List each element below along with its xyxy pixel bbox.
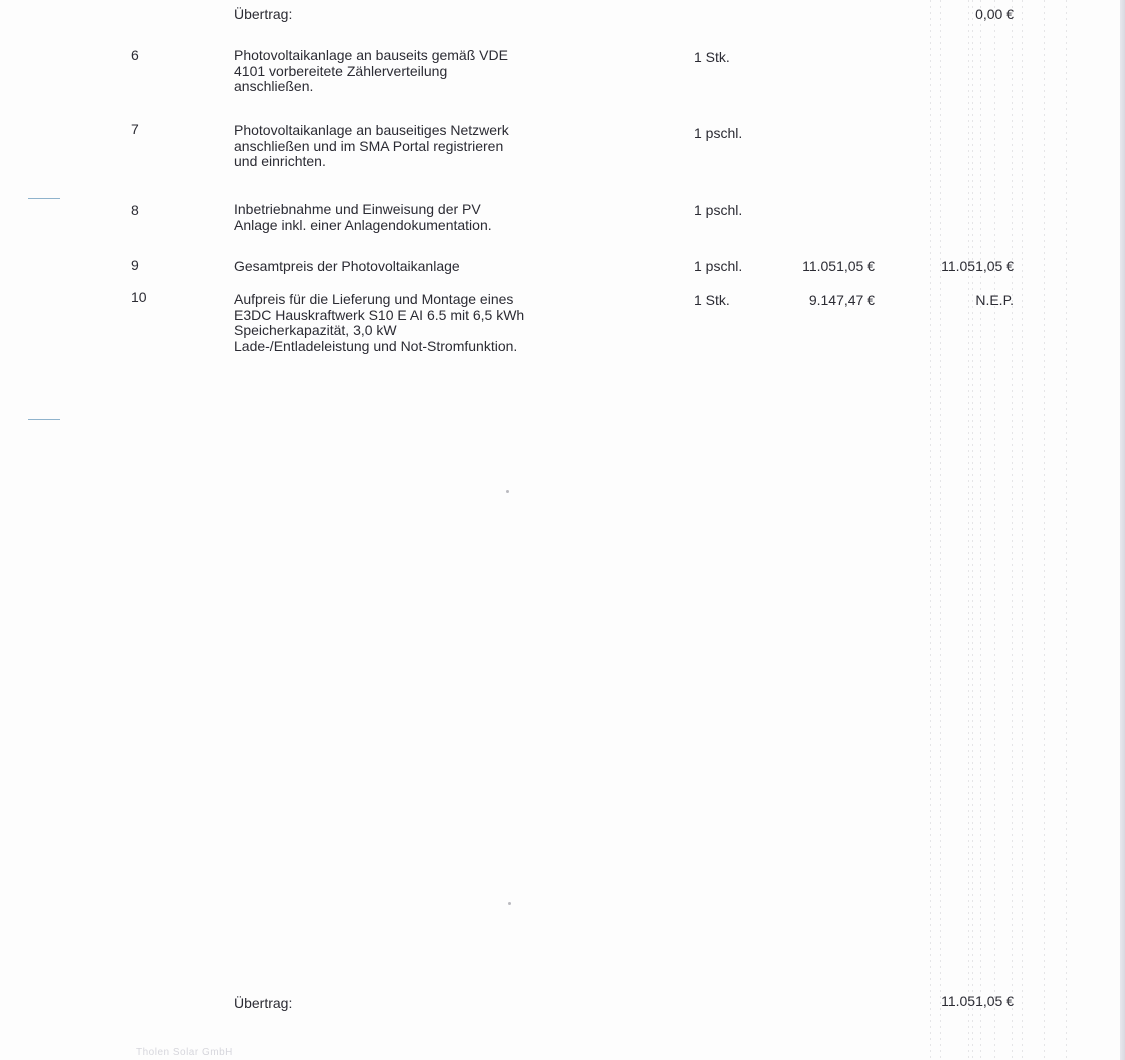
item-position: 9	[131, 258, 139, 274]
scan-streak	[968, 0, 969, 1060]
scan-streak	[972, 0, 973, 1060]
item-unit-price: 9.147,47 €	[809, 293, 875, 309]
scan-streak	[1066, 0, 1067, 1060]
item-description: Inbetriebnahme und Einweisung der PV Anl…	[234, 202, 492, 233]
item-quantity: 1 pschl.	[694, 126, 742, 142]
item-quantity: 1 Stk.	[694, 50, 730, 66]
margin-fold-mark	[28, 198, 60, 199]
document-page: Übertrag: 0,00 € 6 Photovoltaikanlage an…	[0, 0, 1120, 1060]
item-position: 7	[131, 122, 139, 138]
scan-streak	[1022, 0, 1023, 1060]
scan-streak	[1012, 0, 1013, 1060]
item-quantity: 1 pschl.	[694, 259, 742, 275]
scan-speck	[508, 902, 511, 905]
carry-over-label: Übertrag:	[234, 7, 292, 23]
scan-streak	[930, 0, 931, 1060]
item-description: Photovoltaikanlage an bauseitiges Netzwe…	[234, 123, 509, 170]
item-description: Aufpreis für die Lieferung und Montage e…	[234, 292, 524, 354]
scan-speck	[506, 490, 509, 493]
item-description: Photovoltaikanlage an bauseits gemäß VDE…	[234, 48, 508, 95]
carry-over-label: Übertrag:	[234, 996, 292, 1012]
margin-fold-mark	[28, 419, 60, 420]
item-quantity: 1 Stk.	[694, 293, 730, 309]
page-edge	[1120, 0, 1125, 1060]
scan-streak	[940, 0, 941, 1060]
item-total: 11.051,05 €	[941, 259, 1014, 275]
carry-over-amount: 11.051,05 €	[941, 994, 1014, 1010]
scan-streak	[1044, 0, 1045, 1060]
item-total: N.E.P.	[975, 293, 1014, 309]
item-position: 6	[131, 48, 139, 64]
item-position: 8	[131, 203, 139, 219]
item-quantity: 1 pschl.	[694, 203, 742, 219]
item-unit-price: 11.051,05 €	[802, 259, 875, 275]
scan-streak	[980, 0, 981, 1060]
carry-over-amount: 0,00 €	[975, 7, 1014, 23]
item-description: Gesamtpreis der Photovoltaikanlage	[234, 259, 460, 275]
item-position: 10	[131, 290, 147, 306]
scan-streak	[994, 0, 995, 1060]
footer-company-name: Tholen Solar GmbH	[136, 1047, 233, 1058]
